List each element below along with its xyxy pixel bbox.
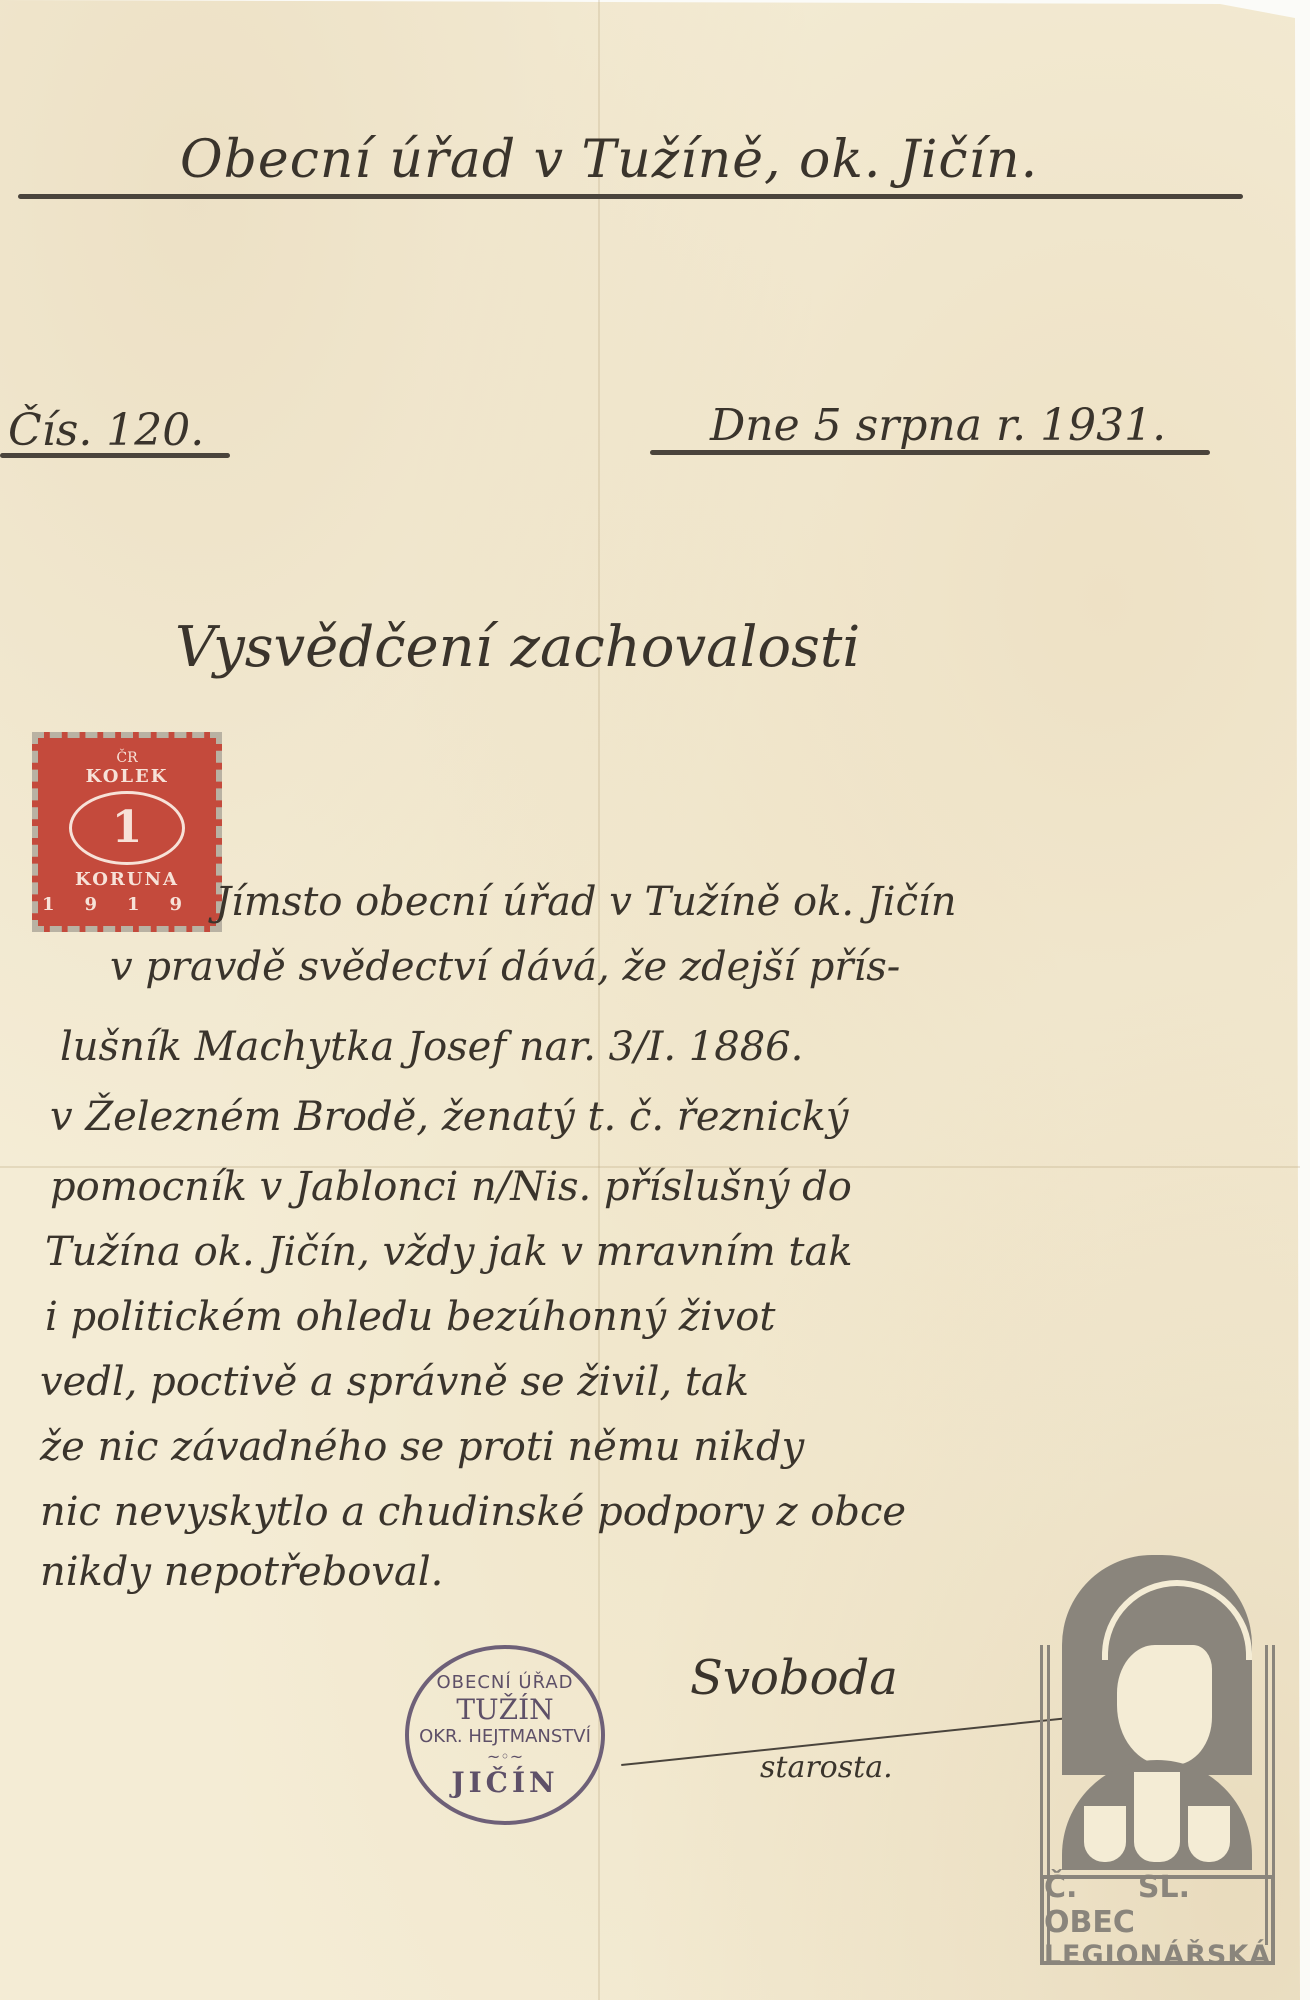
stamp-year: 1919	[42, 894, 212, 915]
body-line-5: pomocník v Jablonci n/Nis. příslušný do	[50, 1155, 852, 1219]
document-title: Vysvědčení zachovalosti	[175, 615, 860, 680]
body-line-2: v pravdě svědectví dává, že zdejší přís-	[110, 935, 900, 999]
document-date: Dne 5 srpna r. 1931.	[710, 400, 1166, 451]
reference-underline	[0, 453, 230, 458]
official-seal: OBECNÍ ÚŘAD TUŽÍN OKR. HEJTMANSTVÍ ~◦~ J…	[405, 1645, 605, 1825]
body-line-3: lušník Machytka Josef nar. 3/I. 1886.	[60, 1015, 803, 1079]
letterhead-underline	[18, 194, 1243, 199]
shield-left-icon	[1084, 1806, 1126, 1862]
revenue-stamp: ČR KOLEK 1 KORUNA 1919	[32, 732, 222, 932]
signature: Svoboda	[690, 1650, 898, 1706]
body-line-4: v Železném Brodě, ženatý t. č. řeznický	[50, 1085, 848, 1149]
soldier-portrait-icon	[1062, 1555, 1252, 1775]
stamp-kolek-label: KOLEK	[86, 766, 169, 787]
body-line-8: vedl, poctivě a správně se živil, tak	[40, 1350, 749, 1414]
shield-center-icon	[1134, 1772, 1180, 1862]
signature-title: starosta.	[760, 1750, 893, 1785]
logo-line-1: Č. SL. OBEC	[1044, 1870, 1271, 1940]
seal-district: OKR. HEJTMANSTVÍ	[419, 1726, 591, 1747]
logo-label: Č. SL. OBEC LEGIONÁŘSKÁ	[1040, 1875, 1275, 1965]
body-line-7: i politickém ohledu bezúhonný život	[45, 1285, 775, 1349]
body-line-1: Jímsto obecní úřad v Tužíně ok. Jičín	[215, 870, 957, 934]
date-underline	[650, 450, 1210, 455]
seal-city: JIČÍN	[451, 1766, 558, 1799]
legion-watermark-logo: Č. SL. OBEC LEGIONÁŘSKÁ	[1040, 1545, 1275, 1985]
stamp-currency: KORUNA	[75, 869, 179, 890]
body-line-10: nic nevyskytlo a chudinské podpory z obc…	[40, 1480, 906, 1544]
vertical-fold-line	[598, 0, 600, 2000]
seal-arc-text: OBECNÍ ÚŘAD	[436, 1672, 573, 1693]
stamp-value: 1	[69, 791, 185, 865]
body-line-6: Tužína ok. Jičín, vždy jak v mravním tak	[45, 1220, 853, 1284]
shield-right-icon	[1188, 1806, 1230, 1862]
letterhead-title: Obecní úřad v Tužíně, ok. Jičín.	[180, 130, 1038, 190]
body-line-11: nikdy nepotřeboval.	[40, 1540, 443, 1604]
face-icon	[1117, 1645, 1212, 1765]
seal-place: TUŽÍN	[456, 1693, 553, 1726]
seal-ornament-icon: ~◦~	[487, 1747, 523, 1766]
reference-number: Čís. 120.	[8, 405, 204, 456]
body-line-9: že nic závadného se proti němu nikdy	[40, 1415, 804, 1479]
logo-line-2: LEGIONÁŘSKÁ	[1044, 1940, 1271, 1971]
stamp-country: ČR	[116, 750, 137, 766]
